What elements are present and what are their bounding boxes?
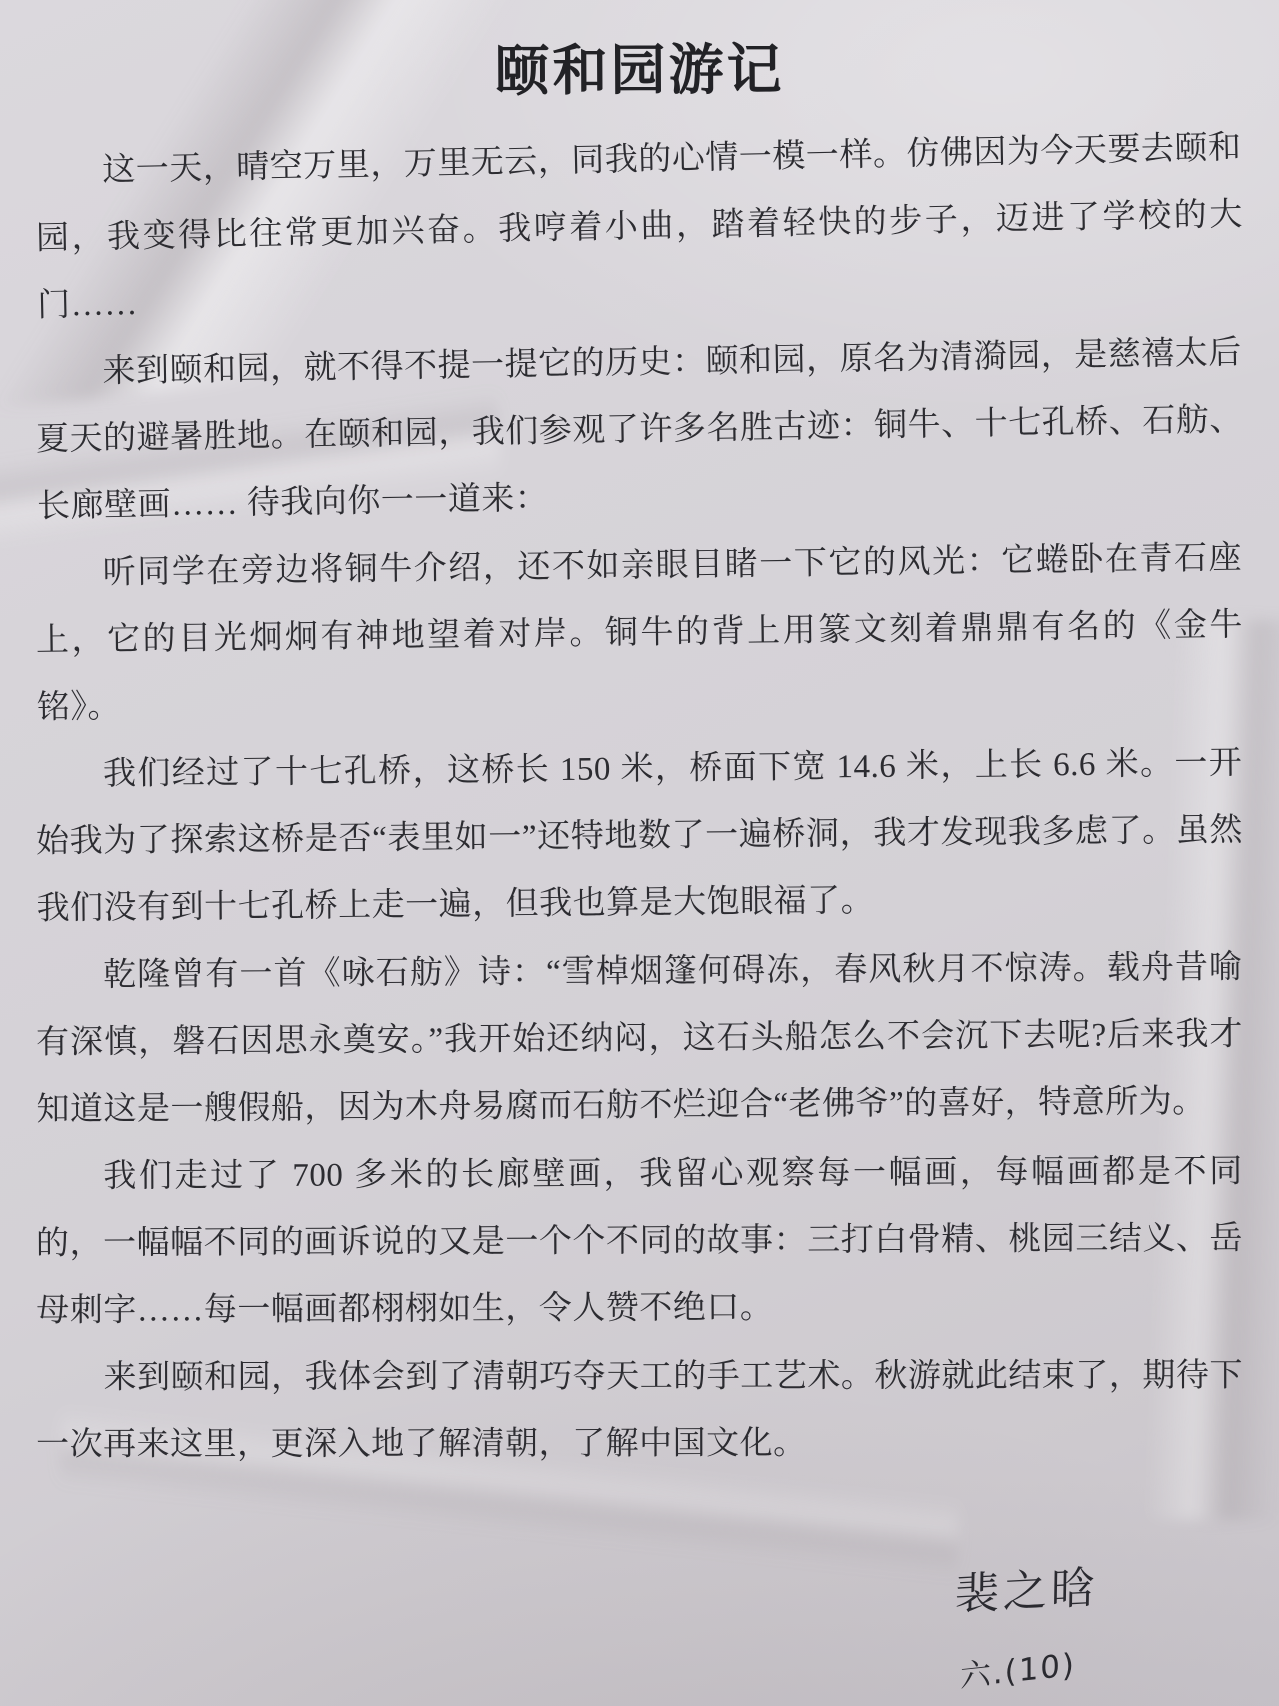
essay-body: 这一天，晴空万里，万里无云，同我的心情一模一样。仿佛因为今天要去颐和园，我变得比… xyxy=(36,139,1243,1479)
signature-class: 六.(10) xyxy=(937,1636,1098,1698)
signature-name: 裴之晗 xyxy=(955,1551,1100,1623)
essay-title: 颐和园游记 xyxy=(36,23,1243,108)
photographed-essay-page: { "document": { "title": "颐和园游记", "parag… xyxy=(0,0,1279,1706)
essay-paragraph: 乾隆曾有一首《咏石舫》诗：“雪棹烟篷何碍冻，春风秋月不惊涛。载舟昔喻有深慎，磐石… xyxy=(35,935,1243,1144)
essay-paragraph: 我们走过了 700 多米的长廊壁画，我留心观察每一幅画，每幅画都是不同的，一幅幅… xyxy=(36,1139,1244,1345)
essay-paragraph: 这一天，晴空万里，万里无云，同我的心情一模一样。仿佛因为今天要去颐和园，我变得比… xyxy=(34,115,1245,340)
handwritten-signature: 裴之晗 六.(10) xyxy=(955,1555,1099,1690)
essay-sheet: 颐和园游记 这一天，晴空万里，万里无云，同我的心情一模一样。仿佛因为今天要去颐和… xyxy=(0,0,1279,1706)
essay-paragraph: 我们经过了十七孔桥，这桥长 150 米，桥面下宽 14.6 米，上长 6.6 米… xyxy=(35,730,1244,943)
essay-paragraph: 听同学在旁边将铜牛介绍，还不如亲眼目睹一下它的风光：它蜷卧在青石座上，它的目光炯… xyxy=(35,525,1245,742)
essay-paragraph: 来到颐和园，我体会到了清朝巧夺天工的手工艺术。秋游就此结束了，期待下一次再来这里… xyxy=(36,1343,1243,1479)
essay-paragraph: 来到颐和园，就不得不提一提它的历史：颐和园，原名为清漪园，是慈禧太后夏天的避暑胜… xyxy=(34,320,1244,541)
